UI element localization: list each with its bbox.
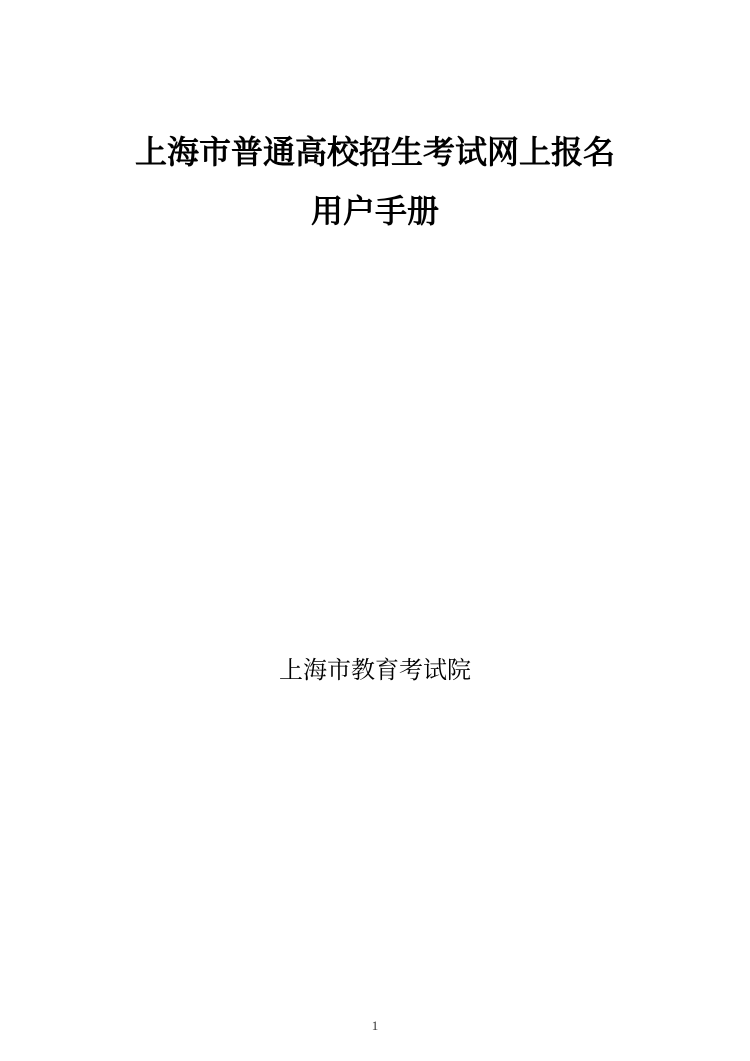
document-subtitle: 用户手册 [0,191,750,231]
publisher-organization: 上海市教育考试院 [0,654,750,686]
document-title: 上海市普通高校招生考试网上报名 [0,132,750,172]
document-page: 上海市普通高校招生考试网上报名 用户手册 上海市教育考试院 1 [0,0,750,1061]
page-number: 1 [0,1018,750,1034]
